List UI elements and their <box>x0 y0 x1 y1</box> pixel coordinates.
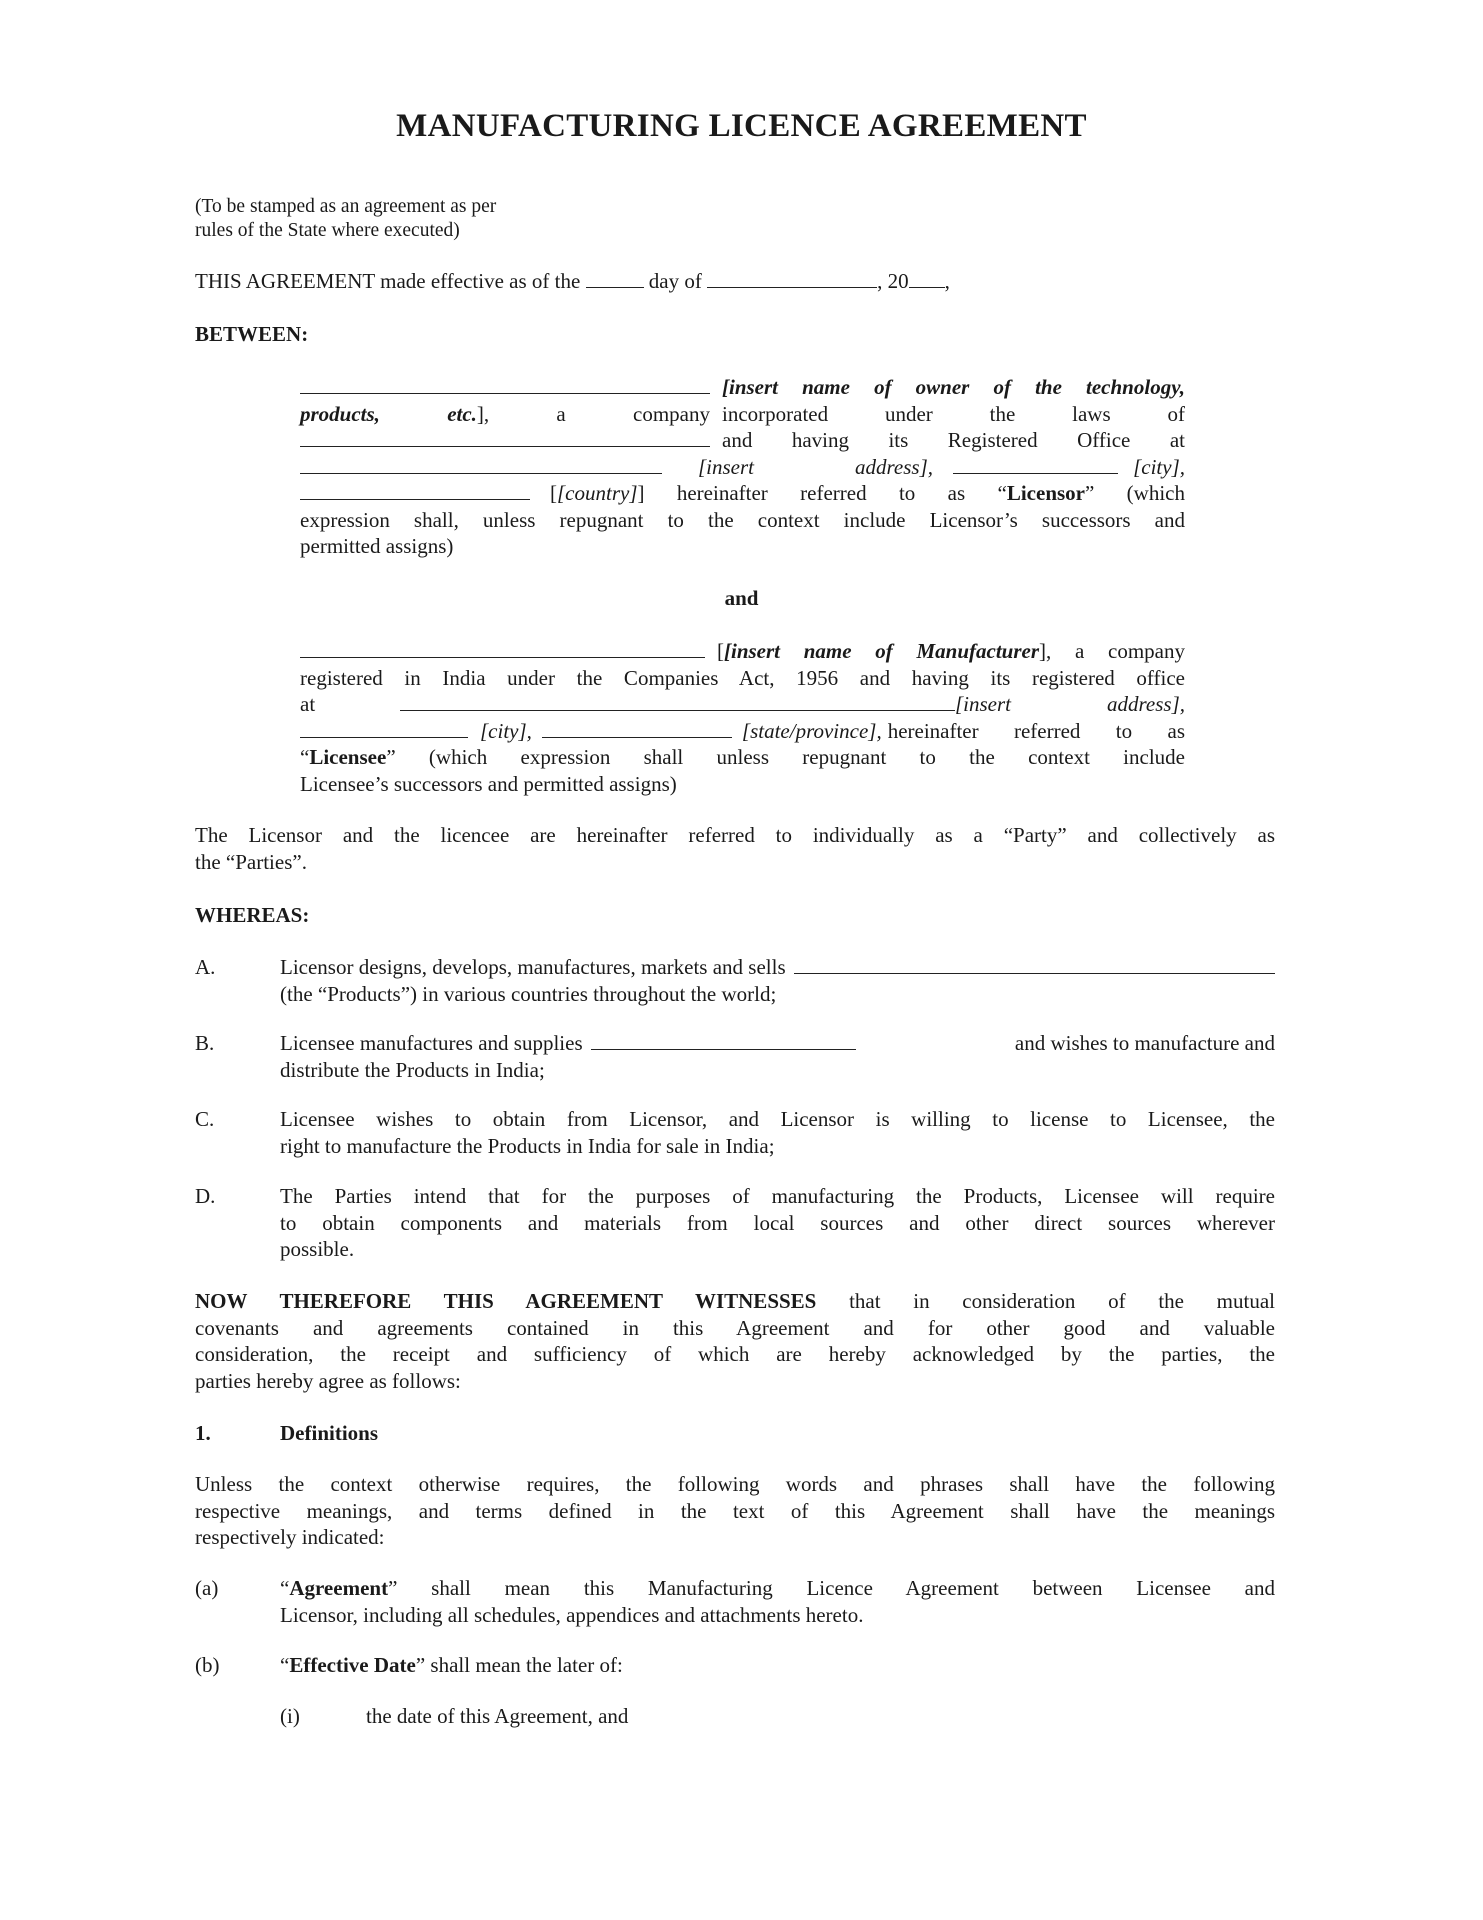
licensee-block: [[insert name of Manufacturer], a compan… <box>300 638 1185 797</box>
licensor-referred-b: ” (which <box>1085 481 1185 505</box>
definition-a-line-1: “Agreement” shall mean this Manufacturin… <box>280 1575 1275 1602</box>
parties-line: the “Parties”. <box>195 849 1275 876</box>
recital-text: Licensor designs, develops, manufactures… <box>280 954 1275 1007</box>
licensee-name-blank[interactable] <box>300 639 705 658</box>
licensor-line-2-left: products, etc.], a company <box>300 401 710 428</box>
definition-marker: (b) <box>195 1652 220 1679</box>
licensee-address-hint: [insert address], <box>955 691 1185 718</box>
licensor-city-hint: [city], <box>1118 454 1185 481</box>
subitem-marker: (i) <box>280 1703 300 1730</box>
stamp-note: (To be stamped as an agreement as per ru… <box>195 195 1275 243</box>
witnesses-heading: NOW THEREFORE THIS AGREEMENT WITNESSES <box>195 1289 816 1313</box>
licensor-registered-office-text: and having its Registered Office at <box>722 427 1185 454</box>
stamp-note-line: rules of the State where executed) <box>195 219 1275 243</box>
definition-a-line-2: Licensor, including all schedules, appen… <box>280 1602 1275 1629</box>
licensor-line-2: products, etc.], a company incorporated … <box>300 401 1185 428</box>
licensee-line-6: Licensee’s successors and permitted assi… <box>300 771 1185 798</box>
recital-b-line-1: Licensee manufactures and supplies and w… <box>280 1030 1275 1057</box>
licensor-line-5: [[country]] hereinafter referred to as “… <box>300 480 1185 507</box>
licensor-line-6: expression shall, unless repugnant to th… <box>300 507 1185 534</box>
licensee-company-text: ], a company <box>1039 639 1185 663</box>
recital-d-line-2: to obtain components and materials from … <box>280 1210 1275 1237</box>
definition-marker: (a) <box>195 1575 218 1602</box>
licensee-defined-term: Licensee <box>309 745 386 769</box>
section-number: 1. <box>195 1420 211 1447</box>
defined-term: Effective Date <box>289 1653 416 1677</box>
licensor-address-blank[interactable] <box>300 455 662 474</box>
licensee-line-5: “Licensee” (which expression shall unles… <box>300 744 1185 771</box>
effective-prefix: THIS AGREEMENT made effective as of the <box>195 269 580 293</box>
witnesses-line-1: NOW THEREFORE THIS AGREEMENT WITNESSES t… <box>195 1288 1275 1315</box>
definitions-intro-line: Unless the context otherwise requires, t… <box>195 1471 1275 1498</box>
recital-text: Licensee wishes to obtain from Licensor,… <box>280 1106 1275 1159</box>
definition-a-rest: ” shall mean this Manufacturing Licence … <box>388 1576 1275 1600</box>
licensee-address-blank[interactable] <box>400 692 955 711</box>
section-title: Definitions <box>280 1420 1275 1447</box>
licensee-city-blank[interactable] <box>300 719 468 738</box>
licensee-line-3: at [insert address], <box>300 691 1185 718</box>
licensee-line-2: registered in India under the Companies … <box>300 665 1185 692</box>
subitem-text: the date of this Agreement, and <box>366 1703 1275 1730</box>
licensor-products-hint: products, etc. <box>300 402 477 426</box>
whereas-label: WHEREAS: <box>195 902 1275 929</box>
recital-d-line-3: possible. <box>280 1236 1275 1263</box>
recital-text: The Parties intend that for the purposes… <box>280 1183 1275 1263</box>
recital-c-line-1: Licensee wishes to obtain from Licensor,… <box>280 1106 1275 1133</box>
witnesses-line: consideration, the receipt and sufficien… <box>195 1341 1275 1368</box>
defined-term: Agreement <box>289 1576 388 1600</box>
recital-c-line-2: right to manufacture the Products in Ind… <box>280 1133 1275 1160</box>
licensor-company-text: ], a company <box>477 402 710 426</box>
licensor-name-blank[interactable] <box>300 375 710 394</box>
effective-suffix: , <box>945 269 950 293</box>
supplies-blank[interactable] <box>591 1031 856 1050</box>
licensor-name-hint: [insert name of owner of the technology, <box>722 374 1185 401</box>
definitions-intro: Unless the context otherwise requires, t… <box>195 1471 1275 1551</box>
month-blank[interactable] <box>707 269 877 288</box>
and-label: and <box>0 585 1483 612</box>
recital-d-line-1: The Parties intend that for the purposes… <box>280 1183 1275 1210</box>
definition-b-rest: ” shall mean the later of: <box>416 1653 623 1677</box>
definitions-intro-line: respectively indicated: <box>195 1524 1275 1551</box>
definition-text: “Effective Date” shall mean the later of… <box>280 1652 1275 1679</box>
licensee-name-text: [[insert name of Manufacturer], a compan… <box>717 638 1185 665</box>
licensor-incorporated-text: incorporated under the laws of <box>722 401 1185 428</box>
document-title: MANUFACTURING LICENCE AGREEMENT <box>0 108 1483 145</box>
licensor-line-3: and having its Registered Office at <box>300 427 1185 454</box>
witnesses-line: covenants and agreements contained in th… <box>195 1315 1275 1342</box>
witnesses-rest: that in consideration of the mutual <box>849 1289 1275 1313</box>
licensor-address-hint: [insert address], <box>698 454 933 481</box>
recital-b-line-2: distribute the Products in India; <box>280 1057 1275 1084</box>
recital-a-line-1: Licensor designs, develops, manufactures… <box>280 954 1275 981</box>
recital-a-line-2: (the “Products”) in various countries th… <box>280 981 1275 1008</box>
recital-b-text-b: and wishes to manufacture and <box>864 1030 1275 1057</box>
definitions-intro-line: respective meanings, and terms defined i… <box>195 1498 1275 1525</box>
licensor-line-1: [insert name of owner of the technology, <box>300 374 1185 401</box>
recital-b-text-a: Licensee manufactures and supplies <box>280 1030 583 1057</box>
licensee-state-blank[interactable] <box>542 719 732 738</box>
recital-text: Licensee manufactures and supplies and w… <box>280 1030 1275 1083</box>
between-label: BETWEEN: <box>195 321 1275 348</box>
licensor-country-law-blank[interactable] <box>300 428 710 447</box>
day-of-text: day of <box>649 269 702 293</box>
licensor-referred-text: [[country]] hereinafter referred to as “… <box>550 480 1185 507</box>
stamp-note-line: (To be stamped as an agreement as per <box>195 195 1275 219</box>
licensee-at-text: at <box>300 691 400 718</box>
licensor-line-4: [insert address], [city], <box>300 454 1185 481</box>
document-page: MANUFACTURING LICENCE AGREEMENT (To be s… <box>0 0 1483 1920</box>
recital-marker: B. <box>195 1030 214 1057</box>
witnesses-paragraph: NOW THEREFORE THIS AGREEMENT WITNESSES t… <box>195 1288 1275 1394</box>
parties-line: The Licensor and the licencee are herein… <box>195 822 1275 849</box>
licensor-country-hint: [country] <box>557 481 638 505</box>
year-blank[interactable] <box>909 269 945 288</box>
effective-date-line: THIS AGREEMENT made effective as of the … <box>195 268 1275 295</box>
day-blank[interactable] <box>586 269 644 288</box>
definition-text: “Agreement” shall mean this Manufacturin… <box>280 1575 1275 1628</box>
licensee-city-hint: [city], <box>480 718 532 745</box>
licensor-referred-a: hereinafter referred to as “ <box>677 481 1007 505</box>
licensee-line-1: [[insert name of Manufacturer], a compan… <box>300 638 1185 665</box>
year-prefix: , 20 <box>877 269 909 293</box>
licensor-city-blank[interactable] <box>953 455 1118 474</box>
products-blank[interactable] <box>794 955 1275 974</box>
licensee-line-4: [city], [state/province], hereinafter re… <box>300 718 1185 745</box>
licensor-line-7: permitted assigns) <box>300 533 1185 560</box>
recital-marker: C. <box>195 1106 214 1133</box>
recital-marker: D. <box>195 1183 215 1210</box>
licensee-state-hint: [state/province], <box>742 718 882 745</box>
licensee-name-hint: [insert name of Manufacturer <box>724 639 1039 663</box>
parties-paragraph: The Licensor and the licencee are herein… <box>195 822 1275 875</box>
licensee-referred-text: hereinafter referred to as <box>888 718 1185 745</box>
recital-marker: A. <box>195 954 215 981</box>
recital-a-text: Licensor designs, develops, manufactures… <box>280 954 786 981</box>
licensee-expression-text: ” (which expression shall unless repugna… <box>386 745 1185 769</box>
licensor-defined-term: Licensor <box>1007 481 1085 505</box>
licensor-country-blank[interactable] <box>300 481 530 500</box>
witnesses-line: parties hereby agree as follows: <box>195 1368 1275 1395</box>
licensor-block: [insert name of owner of the technology,… <box>300 374 1185 560</box>
